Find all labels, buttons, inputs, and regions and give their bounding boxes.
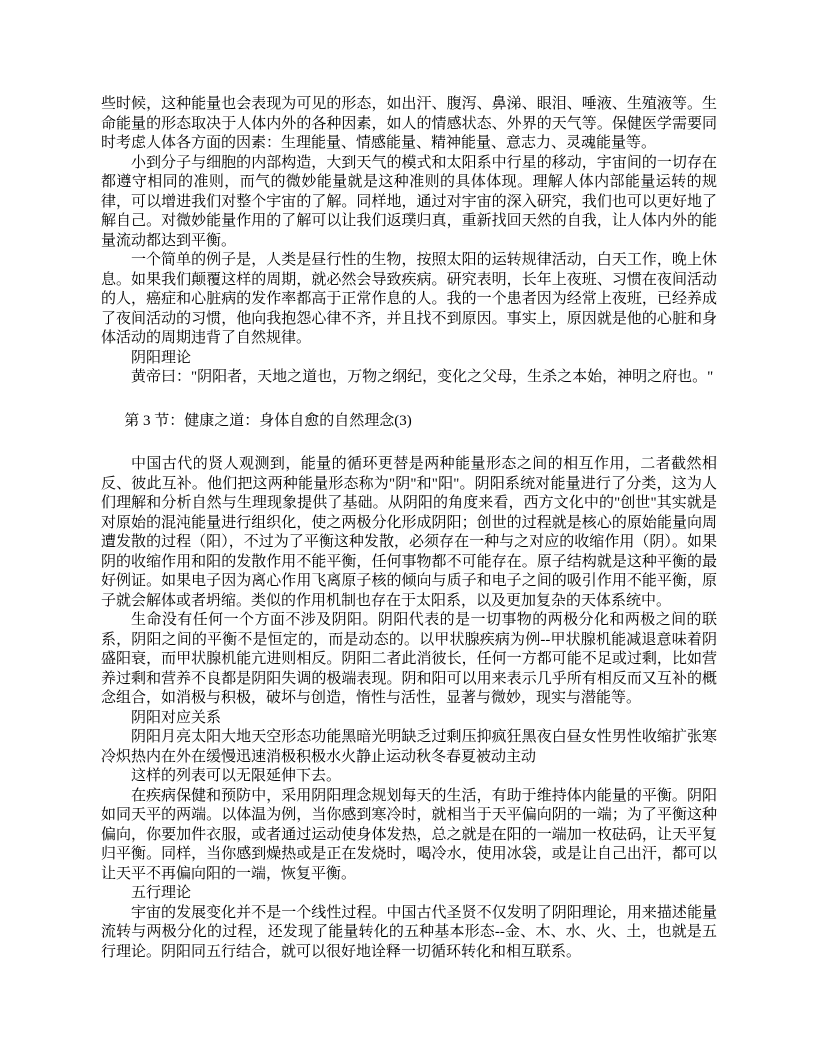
page-text-block: 些时候，这种能量也会表现为可见的形态，如出汗、腹泻、鼻涕、眼泪、唾液、生殖液等。… xyxy=(101,95,717,962)
document-page: 些时候，这种能量也会表现为可见的形态，如出汗、腹泻、鼻涕、眼泪、唾液、生殖液等。… xyxy=(0,0,816,1056)
paragraph: 在疾病保健和预防中，采用阴阳理念规划每天的生活，有助于维持体内能量的平衡。阴阳如… xyxy=(101,787,717,885)
paragraph: 宇宙的发展变化并不是一个线性过程。中国古代圣贤不仅发明了阴阳理论，用来描述能量流… xyxy=(101,904,717,963)
subheading-yinyang-correspondence: 阴阳对应关系 xyxy=(101,709,717,729)
paragraph-continuation: 些时候，这种能量也会表现为可见的形态，如出汗、腹泻、鼻涕、眼泪、唾液、生殖液等。… xyxy=(101,95,717,154)
paragraph-quote: 黄帝曰："阴阳者，天地之道也，万物之纲纪，变化之父母，生杀之本始，神明之府也。" xyxy=(101,368,717,388)
subheading-yinyang-theory: 阴阳理论 xyxy=(101,349,717,369)
section-heading: 第 3 节：健康之道：身体自愈的自然理念(3) xyxy=(101,412,717,432)
subheading-five-elements-theory: 五行理论 xyxy=(101,884,717,904)
paragraph: 生命没有任何一个方面不涉及阴阳。阴阳代表的是一切事物的两极分化和两极之间的联系，… xyxy=(101,611,717,709)
paragraph-correspondence-list: 阴阳月亮太阳大地天空形态功能黑暗光明缺乏过剩压抑疯狂黑夜白昼女性男性收缩扩张寒冷… xyxy=(101,728,717,767)
paragraph: 中国古代的贤人观测到，能量的循环更替是两种能量形态之间的相互作用，二者截然相反、… xyxy=(101,455,717,611)
paragraph: 小到分子与细胞的内部构造，大到天气的模式和太阳系中行星的移动，宇宙间的一切存在都… xyxy=(101,154,717,252)
paragraph: 这样的列表可以无限延伸下去。 xyxy=(101,767,717,787)
paragraph: 一个简单的例子是，人类是昼行性的生物，按照太阳的运转规律活动，白天工作，晚上休息… xyxy=(101,251,717,349)
